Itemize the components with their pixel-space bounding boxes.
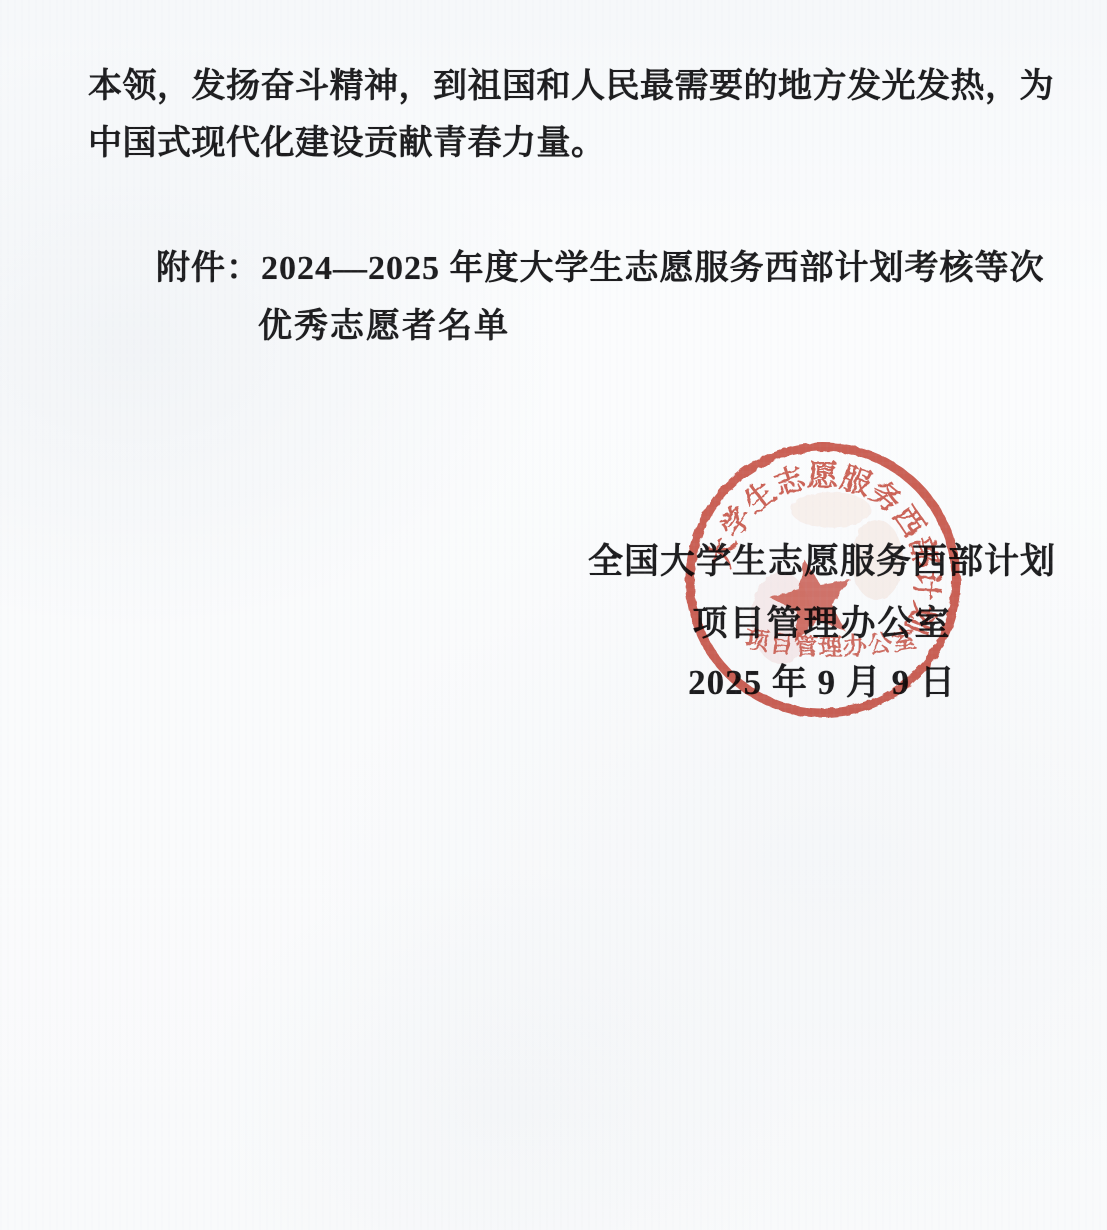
seal-ink-smudge [851, 520, 903, 600]
attachment-line-1: 附件：2024—2025 年度大学生志愿服务西部计划考核等次 [156, 240, 1045, 289]
attachment-title-line-1: 2024—2025 年度大学生志愿服务西部计划考核等次 [261, 250, 1045, 287]
paragraph-line-1: 本领，发扬奋斗精神，到祖国和人民最需要的地方发光发热，为 [88, 58, 1036, 107]
paragraph-line-2: 中国式现代化建设贡献青春力量。 [88, 115, 1036, 164]
attachment-title-line-2: 优秀志愿者名单 [258, 298, 510, 347]
attachment-label: 附件： [156, 250, 261, 287]
official-seal: 全国大学生志愿服务西部计划 项目管理办公室 [681, 440, 965, 720]
document-page: 本领，发扬奋斗精神，到祖国和人民最需要的地方发光发热，为 中国式现代化建设贡献青… [0, 0, 1107, 1230]
seal-ink-smudge [751, 572, 811, 664]
seal-ink-smudge [791, 492, 871, 528]
